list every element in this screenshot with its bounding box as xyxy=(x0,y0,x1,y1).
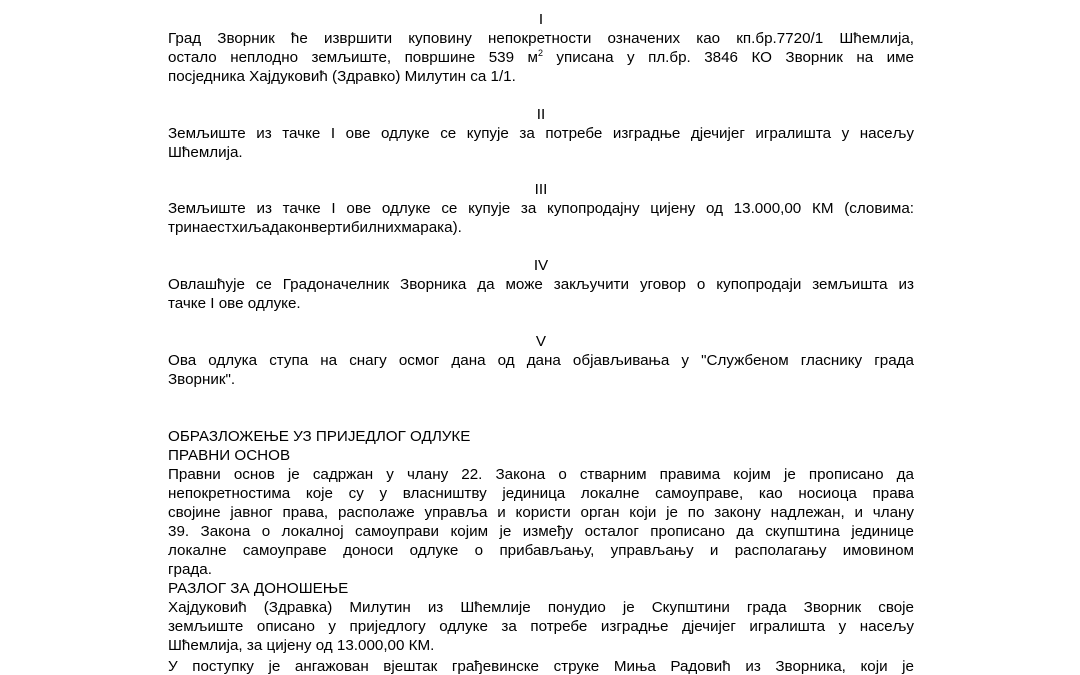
section-1-line-2-text: остало неплодно земљиште, површине 539 м xyxy=(168,49,538,66)
legal-basis-heading: ПРАВНИ ОСНОВ xyxy=(168,446,914,465)
section-3-line-1: Земљиште из тачке I ове одлуке се купује… xyxy=(168,199,914,218)
section-4-line-2: тачке I ове одлуке. xyxy=(168,294,914,313)
section-3-line-2: тринаестхиљадаконвертибилнихмарака). xyxy=(168,218,914,237)
legal-basis-line-5: локалне самоуправе доноси одлуке о приба… xyxy=(168,541,914,560)
reason-line-4: У поступку је ангажован вјештак грађевин… xyxy=(168,657,914,675)
section-4-line-1: Овлашћује се Градоначелник Зворника да м… xyxy=(168,275,914,294)
section-2-line-2: Шћемлија. xyxy=(168,143,914,162)
explanation-title: ОБРАЗЛОЖЕЊЕ УЗ ПРИЈЕДЛОГ ОДЛУКЕ xyxy=(168,427,914,446)
section-2-line-1: Земљиште из тачке I ове одлуке се купује… xyxy=(168,124,914,143)
legal-basis-line-2: непокретностима које су у власништву јед… xyxy=(168,484,914,503)
section-numeral-4: IV xyxy=(168,256,914,275)
legal-basis-line-3: својине јавног права, располаже управља … xyxy=(168,503,914,522)
reason-heading: РАЗЛОГ ЗА ДОНОШЕЊЕ xyxy=(168,579,914,598)
legal-basis-line-4: 39. Закона о локалној самоуправи којим ј… xyxy=(168,522,914,541)
section-5-line-2: Зворник". xyxy=(168,370,914,389)
reason-line-1: Хајдуковић (Здравка) Милутин из Шћемлије… xyxy=(168,598,914,617)
reason-line-2: земљиште описано у приједлогу одлуке за … xyxy=(168,617,914,636)
section-1-line-3: посједника Хајдуковић (Здравко) Милутин … xyxy=(168,67,914,86)
section-5-line-1: Ова одлука ступа на снагу осмог дана од … xyxy=(168,351,914,370)
section-numeral-2: II xyxy=(168,105,914,124)
section-1-line-1: Град Зворник ће извршити куповину непокр… xyxy=(168,29,914,48)
section-numeral-1: I xyxy=(168,10,914,29)
section-numeral-3: III xyxy=(168,180,914,199)
section-numeral-5: V xyxy=(168,332,914,351)
section-1-line-2-rest: уписана у пл.бр. 3846 КО Зворник на име xyxy=(543,49,914,66)
reason-line-3: Шћемлија, за цијену од 13.000,00 КМ. xyxy=(168,636,914,655)
document-page: I Град Зворник ће извршити куповину непо… xyxy=(0,0,1080,675)
legal-basis-line-1: Правни основ је садржан у члану 22. Зако… xyxy=(168,465,914,484)
legal-basis-line-6: града. xyxy=(168,560,914,579)
section-1-line-2: остало неплодно земљиште, површине 539 м… xyxy=(168,48,914,67)
